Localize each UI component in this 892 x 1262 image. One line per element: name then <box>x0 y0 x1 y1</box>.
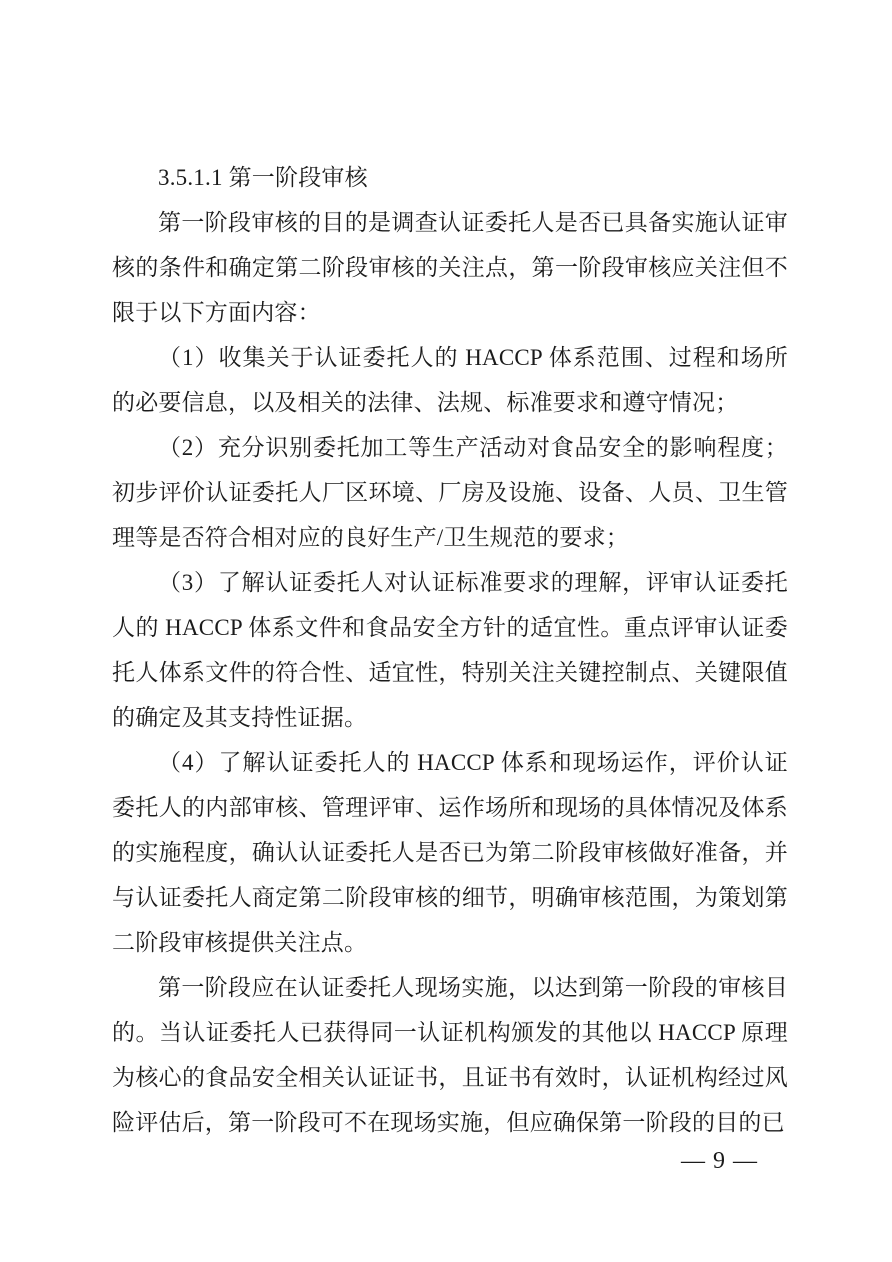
paragraph-closing: 第一阶段应在认证委托人现场实施，以达到第一阶段的审核目的。当认证委托人已获得同一… <box>112 965 788 1145</box>
section-heading: 3.5.1.1 第一阶段审核 <box>112 155 788 200</box>
page-number: — 9 — <box>681 1146 758 1176</box>
page-content: 3.5.1.1 第一阶段审核 第一阶段审核的目的是调查认证委托人是否已具备实施认… <box>112 155 788 1145</box>
document-page: 3.5.1.1 第一阶段审核 第一阶段审核的目的是调查认证委托人是否已具备实施认… <box>0 0 892 1262</box>
paragraph-intro: 第一阶段审核的目的是调查认证委托人是否已具备实施认证审核的条件和确定第二阶段审核… <box>112 200 788 335</box>
paragraph-item-4: （4）了解认证委托人的 HACCP 体系和现场运作，评价认证委托人的内部审核、管… <box>112 740 788 965</box>
paragraph-item-2: （2）充分识别委托加工等生产活动对食品安全的影响程度；初步评价认证委托人厂区环境… <box>112 425 788 560</box>
paragraph-item-3: （3）了解认证委托人对认证标准要求的理解，评审认证委托人的 HACCP 体系文件… <box>112 560 788 740</box>
paragraph-item-1: （1）收集关于认证委托人的 HACCP 体系范围、过程和场所的必要信息，以及相关… <box>112 335 788 425</box>
